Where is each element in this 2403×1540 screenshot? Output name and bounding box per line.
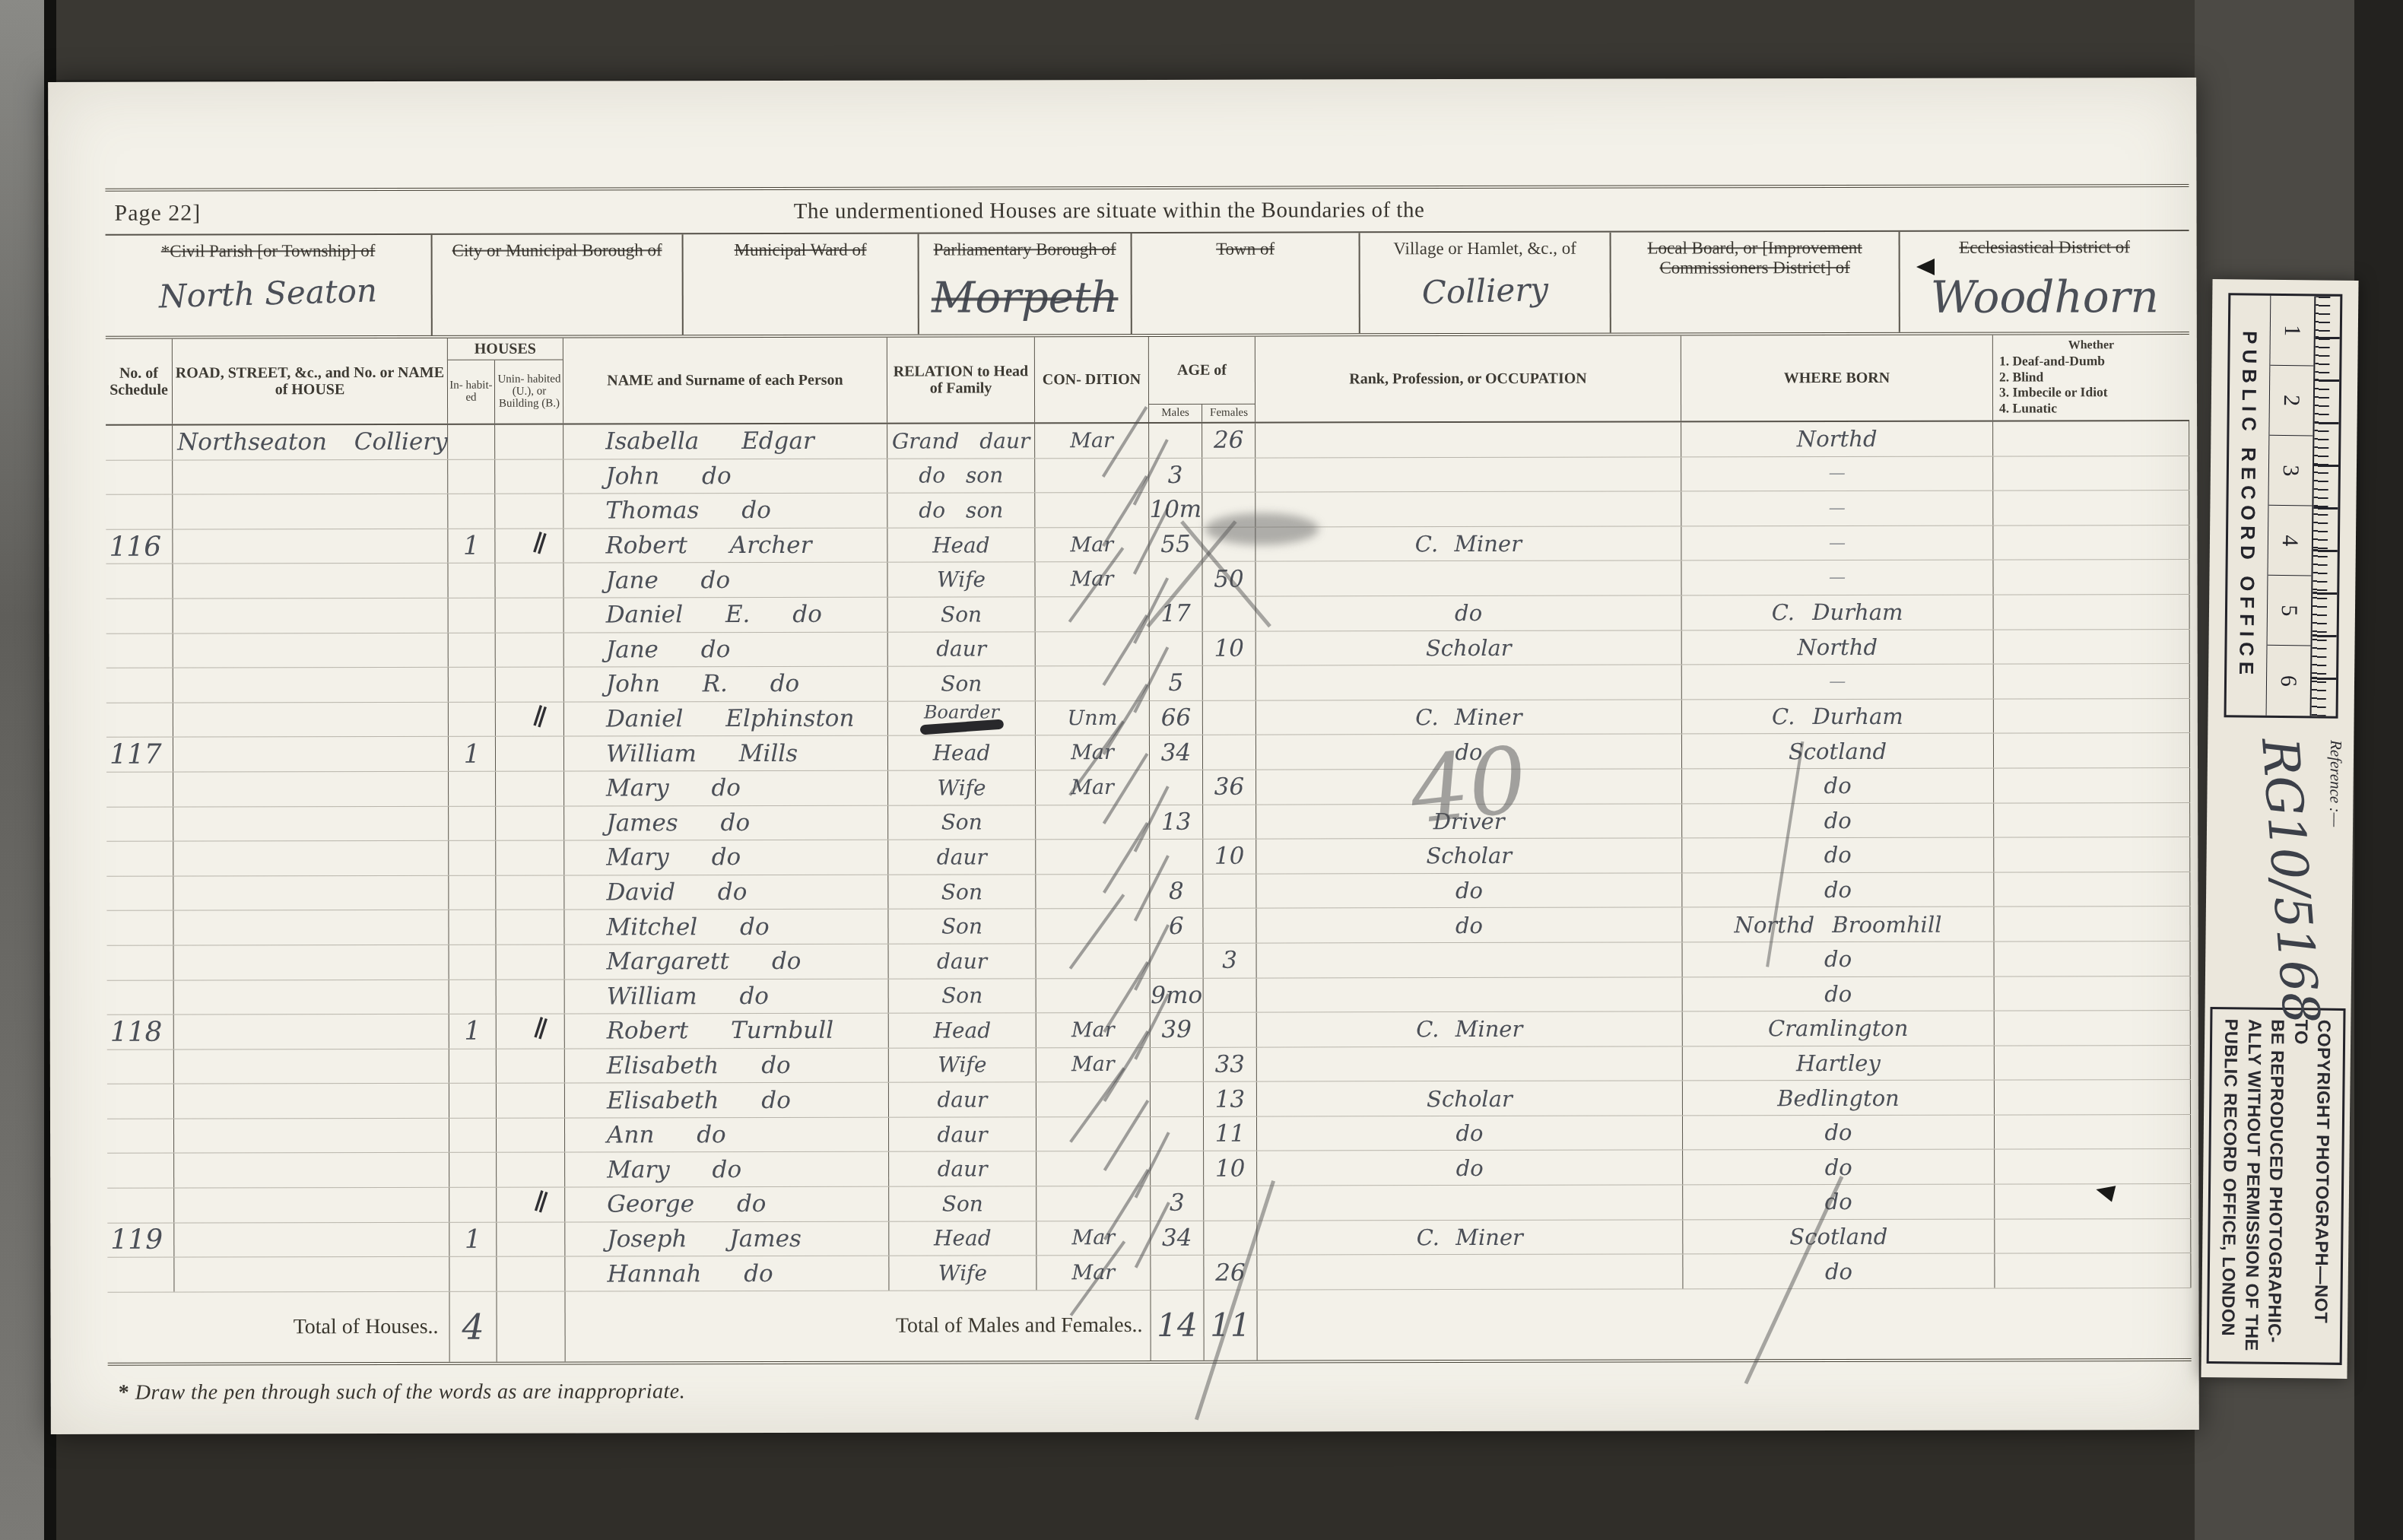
- cell-condition: Mar: [1036, 770, 1150, 805]
- cell-name: Elisabeth do: [565, 1048, 889, 1082]
- table-row: James doSon13Driverdo: [106, 803, 2190, 842]
- col-header-disability-item: 3. Imbecile or Idiot: [1999, 385, 2108, 401]
- total-houses-value: 4: [449, 1292, 497, 1362]
- cell-uninh: [497, 980, 565, 1014]
- age_m-text: 3: [1168, 462, 1183, 489]
- name-text: Hannah do: [607, 1260, 773, 1288]
- cell-born: do: [1682, 872, 1994, 907]
- cell-schedule: [107, 1154, 174, 1188]
- cell-condition: [1036, 944, 1151, 978]
- total-houses-label: Total of Houses..: [107, 1292, 449, 1363]
- pro-strip-content: 123456 PUBLIC RECORD OFFICE Reference :—…: [2201, 279, 2358, 1379]
- cell-schedule: [107, 1189, 174, 1223]
- handwritten-value: Woodhorn: [1931, 271, 2159, 323]
- boundary-col-label: *Civil Parish [or Township] of: [106, 241, 431, 262]
- name-text: Robert Turnbull: [607, 1017, 833, 1045]
- ruler-number: 6: [2267, 646, 2311, 716]
- cell-dis: [1995, 1253, 2191, 1288]
- road-text: Northseaton Colliery: [177, 428, 448, 456]
- cell-age_f: [1203, 874, 1256, 908]
- relation-text: Son: [941, 671, 982, 696]
- relation-text: Wife: [938, 1260, 987, 1285]
- copyright-line: PUBLIC RECORD OFFICE, LONDON: [2216, 1019, 2243, 1353]
- cell-relation: Grand daur: [887, 424, 1035, 458]
- cell-name: William do: [565, 979, 889, 1013]
- col-header-males: Males: [1149, 405, 1202, 422]
- relation-text: daur: [937, 844, 987, 869]
- cell-age_m: [1151, 1256, 1204, 1290]
- table-row: Daniel E. doSon17doC. Durham: [106, 595, 2190, 633]
- boundary-col-label: Municipal Ward of: [684, 240, 918, 261]
- cell-occupation: [1257, 1255, 1683, 1290]
- occupation-text: Scholar: [1426, 635, 1512, 661]
- cell-occupation: [1255, 492, 1681, 527]
- cell-relation: Head: [888, 736, 1036, 770]
- cell-schedule: [107, 1258, 174, 1292]
- occupation-text: do: [1455, 878, 1483, 903]
- name-text: Jane do: [605, 567, 730, 594]
- cell-condition: Mar: [1035, 424, 1149, 458]
- cell-occupation: [1257, 1046, 1683, 1081]
- col-header-road: ROAD, STREET, &c., and No. or NAME of HO…: [173, 338, 448, 424]
- cell-condition: Unm: [1036, 701, 1150, 735]
- relation-text: daur: [938, 1157, 988, 1182]
- age_f-text: 33: [1215, 1051, 1246, 1078]
- cell-road: [173, 529, 448, 564]
- cell-age_f: [1203, 666, 1256, 700]
- cell-dis: [1994, 907, 2190, 941]
- occupation-text: C. Miner: [1415, 704, 1522, 730]
- cell-condition: Mar: [1036, 1048, 1151, 1082]
- cell-schedule: 118: [107, 1015, 174, 1049]
- occupation-text: C. Miner: [1417, 1224, 1523, 1250]
- cell-relation: Son: [889, 1186, 1036, 1221]
- cell-uninh: [497, 1222, 565, 1256]
- cell-road: [173, 806, 449, 840]
- cell-dis: [1994, 872, 2190, 907]
- cell-condition: [1036, 631, 1150, 665]
- age_m-text: 55: [1160, 531, 1191, 558]
- table-row: Hannah doWifeMar26do: [107, 1253, 2191, 1292]
- relation-text: Boarder: [924, 705, 999, 722]
- cell-condition: Mar: [1036, 1013, 1151, 1047]
- pro-reference-strip: 123456 PUBLIC RECORD OFFICE Reference :—…: [2201, 279, 2358, 1379]
- cell-uninh: [496, 806, 564, 840]
- cell-occupation: do: [1256, 873, 1682, 908]
- cell-age_m: 13: [1150, 805, 1203, 839]
- cell-age_m: [1150, 840, 1203, 874]
- cell-age_f: [1203, 735, 1256, 770]
- cell-name: Mary do: [564, 840, 888, 875]
- col-header-inhabited: In- habit- ed: [448, 360, 495, 424]
- cell-name: Elisabeth do: [565, 1083, 889, 1117]
- cell-inhabited: [449, 599, 496, 633]
- census-table-body: Northseaton CollieryIsabella EdgarGrand …: [106, 421, 2191, 1293]
- cell-uninh: [495, 425, 563, 459]
- cell-condition: [1036, 1151, 1151, 1186]
- cell-born: do: [1683, 1150, 1995, 1184]
- cell-road: [174, 980, 449, 1014]
- cell-born: Scotland: [1683, 1219, 1995, 1253]
- age_m-text: 13: [1161, 808, 1192, 836]
- cell-age_m: 17: [1150, 597, 1203, 631]
- age_m-text: 10m: [1149, 496, 1201, 523]
- cell-inhabited: [449, 1257, 497, 1291]
- cell-condition: [1036, 1117, 1151, 1151]
- cell-name: Daniel E. do: [564, 598, 888, 632]
- reference-section: Reference :— RG10/5168: [2214, 737, 2345, 989]
- occupation-text: Driver: [1433, 808, 1505, 834]
- table-row: George doSon3do: [107, 1184, 2191, 1223]
- inhabited-text: 1: [463, 531, 480, 561]
- relation-corrected: Boarder: [919, 705, 1003, 732]
- name-text: Mary do: [606, 843, 741, 871]
- cell-occupation: do: [1257, 1116, 1683, 1151]
- photo-top-shadow: [56, 0, 2195, 80]
- cell-uninh: [496, 910, 564, 945]
- cell-age_f: [1202, 493, 1255, 527]
- cell-relation: Wife: [888, 770, 1036, 805]
- cell-inhabited: [449, 980, 497, 1014]
- born-text: —: [1829, 568, 1846, 587]
- cell-occupation: C. Miner: [1257, 1220, 1683, 1255]
- cell-dis: [1995, 976, 2191, 1011]
- cell-born: do: [1683, 942, 1995, 976]
- cell-occupation: Scholar: [1256, 839, 1682, 874]
- born-text: C. Durham: [1772, 599, 1903, 625]
- cell-relation: Son: [888, 875, 1036, 909]
- ruler-ticks: [2310, 296, 2341, 716]
- total-males-females-label: Total of Males and Females..: [565, 1291, 1151, 1362]
- cell-dis: [1995, 941, 2191, 976]
- age_m-text: 9mo: [1151, 982, 1202, 1009]
- cell-age_m: 55: [1149, 528, 1202, 562]
- boundary-col-5: Village or Hamlet, &c., ofColliery: [1360, 233, 1611, 334]
- cell-inhabited: [449, 806, 496, 840]
- cell-inhabited: 1: [449, 1014, 497, 1049]
- cell-condition: [1036, 666, 1150, 700]
- cell-uninh: [497, 1153, 565, 1187]
- boundary-col-4: Town of: [1132, 233, 1360, 334]
- cell-schedule: [106, 495, 173, 529]
- pro-office-label: PUBLIC RECORD OFFICE: [2227, 295, 2271, 716]
- age_f-text: 10: [1215, 1154, 1246, 1182]
- cell-relation: Son: [888, 666, 1036, 700]
- cell-road: [173, 459, 448, 494]
- table-row: Mitchel doSon6doNorthd Broomhill: [106, 907, 2190, 945]
- age_f-text: 3: [1222, 947, 1237, 974]
- cell-schedule: [107, 946, 174, 980]
- cell-uninh: [497, 1084, 565, 1118]
- cell-age_f: 26: [1202, 424, 1255, 458]
- name-text: Isabella Edgar: [605, 427, 814, 456]
- age_m-text: 5: [1168, 669, 1183, 697]
- cell-name: John do: [563, 459, 887, 493]
- cell-inhabited: [449, 841, 496, 875]
- cell-dis: [1995, 1046, 2191, 1080]
- inhabited-text: 1: [464, 738, 481, 769]
- cell-uninh: [496, 599, 564, 633]
- name-text: Ann do: [607, 1121, 726, 1148]
- cell-uninh: [497, 1257, 565, 1291]
- boundary-col-6: Local Board, or [Improvement Commissione…: [1611, 232, 1900, 333]
- name-text: Daniel Elphinston: [606, 705, 855, 733]
- cell-occupation: do: [1256, 595, 1682, 630]
- cell-born: —: [1682, 665, 1994, 699]
- cell-condition: [1036, 597, 1150, 631]
- age_f-text: 26: [1215, 1259, 1246, 1286]
- boundary-col-label: Parliamentary Borough of: [919, 240, 1131, 260]
- photo-bottom-shadow: [56, 1430, 2195, 1540]
- cell-name: George do: [565, 1187, 889, 1221]
- cell-age_f: [1202, 527, 1255, 561]
- ruler-number: 5: [2268, 576, 2312, 646]
- cell-name: Hannah do: [565, 1256, 889, 1291]
- col-header-age-sub: Males Females: [1149, 404, 1255, 422]
- table-row: 1161Robert ArcherHeadMar55C. Miner—: [106, 526, 2189, 564]
- arrow-mark-icon: [1916, 259, 1935, 275]
- ruler-numbers: 123456: [2267, 296, 2315, 716]
- cell-dis: [1993, 526, 2189, 560]
- cell-born: —: [1681, 456, 1993, 491]
- born-text: Cramlington: [1768, 1015, 1908, 1041]
- born-text: Bedlington: [1777, 1084, 1900, 1110]
- cell-road: [174, 1257, 449, 1291]
- born-text: do: [1824, 1119, 1852, 1145]
- cell-dis: [1995, 1184, 2191, 1218]
- born-text: Northd: [1797, 426, 1878, 452]
- cell-uninh: [496, 771, 564, 805]
- cell-road: [174, 1188, 449, 1222]
- cell-occupation: Driver: [1256, 804, 1682, 839]
- cell-condition: [1036, 1082, 1151, 1116]
- cell-dis: [1995, 1011, 2191, 1045]
- cell-age_f: 3: [1204, 944, 1257, 978]
- ruler-number: 4: [2268, 506, 2312, 576]
- photo-left-band: [0, 0, 44, 1540]
- cell-age_m: [1151, 1117, 1204, 1151]
- cell-occupation: [1257, 942, 1683, 977]
- cell-born: Northd: [1682, 630, 1994, 664]
- cell-born: Scotland: [1682, 734, 1994, 768]
- relation-text: Son: [941, 602, 982, 627]
- cell-dis: [1994, 768, 2190, 802]
- cell-inhabited: [449, 633, 496, 667]
- boundary-col-value: Morpeth: [919, 273, 1131, 323]
- cell-born: do: [1682, 803, 1994, 837]
- cell-inhabited: [449, 702, 496, 736]
- reference-label: Reference :—: [2325, 740, 2345, 827]
- cell-dis: [1994, 630, 2190, 664]
- cell-schedule: [106, 703, 173, 737]
- cell-schedule: [106, 842, 173, 876]
- pro-ruler: 123456 PUBLIC RECORD OFFICE: [2224, 293, 2343, 719]
- relation-text: daur: [937, 1122, 987, 1147]
- cell-inhabited: 1: [449, 737, 496, 771]
- ruler-number: 2: [2269, 366, 2313, 437]
- table-row: 1191Joseph JamesHeadMar34C. MinerScotlan…: [107, 1219, 2191, 1258]
- table-row: Northseaton CollieryIsabella EdgarGrand …: [106, 421, 2189, 460]
- relation-text: daur: [937, 948, 987, 973]
- cell-age_f: 10: [1204, 1151, 1257, 1186]
- cell-name: Daniel Elphinston: [564, 701, 888, 735]
- cell-occupation: C. Miner: [1257, 1012, 1683, 1047]
- cell-occupation: Scholar: [1256, 630, 1682, 665]
- cell-name: Mary do: [564, 771, 888, 805]
- relation-text: daur: [937, 1087, 987, 1112]
- name-text: James do: [606, 809, 750, 837]
- cell-name: Isabella Edgar: [563, 424, 887, 459]
- cell-relation: daur: [888, 840, 1036, 874]
- cell-born: do: [1683, 976, 1995, 1011]
- age_m-text: 17: [1160, 600, 1191, 627]
- condition-text: Unm: [1067, 706, 1117, 730]
- cell-condition: [1036, 909, 1150, 943]
- cell-schedule: [107, 1084, 174, 1119]
- cell-condition: [1035, 493, 1149, 527]
- name-text: Mary do: [607, 1156, 741, 1183]
- cell-relation: Wife: [887, 563, 1035, 597]
- cell-age_f: [1202, 458, 1255, 492]
- schedule-text: 116: [109, 531, 161, 562]
- cell-age_m: 3: [1149, 458, 1202, 492]
- cell-inhabited: [449, 945, 497, 980]
- cell-born: do: [1683, 1254, 1995, 1288]
- cell-name: Margarett do: [565, 945, 889, 979]
- cell-road: Northseaton Colliery: [173, 425, 448, 459]
- col-header-houses: HOUSES In- habit- ed Unin- habited (U.),…: [448, 338, 563, 424]
- boundary-col-7: Ecclesiastical District ofWoodhorn: [1900, 231, 2189, 332]
- cell-schedule: 116: [106, 529, 173, 564]
- col-header-relation: RELATION to Head of Family: [887, 337, 1035, 422]
- cell-name: David do: [564, 875, 888, 909]
- col-header-born: WHERE BORN: [1681, 335, 1993, 421]
- cell-road: [173, 772, 449, 806]
- col-header-schedule: No. of Schedule: [106, 339, 173, 424]
- table-row: Jane dodaur10ScholarNorthd: [106, 630, 2190, 668]
- cell-name: Ann do: [565, 1118, 889, 1152]
- cell-inhabited: [449, 668, 496, 702]
- cell-age_f: 36: [1203, 770, 1256, 805]
- cell-uninh: [496, 633, 564, 667]
- cell-relation: Head: [889, 1221, 1036, 1256]
- relation-text: Son: [941, 983, 982, 1008]
- cell-uninh: [495, 494, 563, 529]
- born-text: —: [1829, 464, 1846, 483]
- boundary-col-2: Municipal Ward of: [684, 234, 919, 335]
- table-row: Margarett dodaur3do: [107, 941, 2191, 980]
- cell-inhabited: [449, 875, 496, 910]
- cell-schedule: [107, 980, 174, 1014]
- cell-age_m: 5: [1150, 666, 1203, 700]
- name-text: Jane do: [606, 636, 731, 663]
- cell-road: [173, 841, 449, 875]
- cell-uninh: [496, 702, 564, 736]
- photo-canvas: { "page": { "page_label": "Page 22]", "t…: [0, 0, 2403, 1540]
- table-row: John dodo son3—: [106, 456, 2189, 495]
- table-row: Mary doWifeMar36do: [106, 768, 2190, 807]
- occupation-text: do: [1455, 913, 1483, 938]
- occupation-text: C. Miner: [1416, 1016, 1522, 1042]
- copyright-notice: COPYRIGHT PHOTOGRAPH—NOT TOBE REPRODUCED…: [2206, 1007, 2346, 1365]
- cell-occupation: [1257, 977, 1683, 1012]
- cell-inhabited: 1: [449, 1222, 497, 1256]
- cell-relation: do son: [887, 459, 1035, 493]
- relation-text: Son: [941, 913, 982, 938]
- born-text: Scotland: [1789, 738, 1887, 764]
- cell-schedule: [106, 460, 173, 494]
- col-header-name: NAME and Surname of each Person: [563, 338, 887, 424]
- table-row: William doSon9modo: [107, 976, 2191, 1015]
- table-row: Elisabeth dodaur13ScholarBedlington: [107, 1080, 2191, 1119]
- table-row: Elisabeth doWifeMar33Hartley: [107, 1046, 2191, 1084]
- relation-text: Head: [932, 532, 990, 557]
- name-text: Mitchel do: [606, 913, 769, 941]
- cell-born: do: [1683, 1185, 1995, 1219]
- boundary-col-label: Ecclesiastical District of: [1900, 237, 2189, 258]
- age_f-text: 10: [1214, 843, 1245, 870]
- cell-dis: [1995, 1080, 2191, 1114]
- cell-age_f: 11: [1204, 1117, 1257, 1151]
- cell-dis: [1995, 1150, 2191, 1184]
- cell-relation: daur: [889, 944, 1036, 978]
- table-row: Thomas dodo son10m—: [106, 491, 2189, 529]
- condition-text: Mar: [1071, 567, 1114, 591]
- cell-name: Thomas do: [563, 494, 887, 528]
- col-header-houses-sub: In- habit- ed Unin- habited (U.), or Bui…: [448, 360, 563, 424]
- cell-name: Mary do: [565, 1152, 889, 1186]
- condition-text: Mar: [1071, 1018, 1115, 1042]
- cell-inhabited: [449, 1084, 497, 1118]
- cell-occupation: do: [1257, 1151, 1683, 1186]
- name-text: Elisabeth do: [607, 1086, 791, 1114]
- name-text: Robert Archer: [605, 532, 811, 560]
- cell-schedule: [106, 564, 173, 599]
- handwritten-value: Colliery: [1421, 271, 1549, 312]
- age_m-text: 8: [1169, 878, 1184, 905]
- name-text: John R. do: [606, 670, 800, 698]
- cell-name: Jane do: [563, 563, 887, 597]
- born-text: Northd Broomhill: [1734, 911, 1941, 938]
- cell-age_f: 33: [1204, 1047, 1257, 1081]
- relation-text: Wife: [938, 1053, 986, 1078]
- name-text: John do: [605, 462, 731, 490]
- cell-age_m: [1149, 424, 1202, 458]
- condition-text: Mar: [1071, 533, 1114, 557]
- cell-schedule: [107, 1049, 174, 1084]
- col-header-occupation: Rank, Profession, or OCCUPATION: [1255, 335, 1681, 421]
- born-text: do: [1824, 946, 1852, 972]
- cell-uninh: [497, 1118, 565, 1152]
- cell-age_m: 10m: [1149, 493, 1202, 527]
- cell-condition: Mar: [1035, 562, 1149, 596]
- occupation-text: do: [1455, 600, 1482, 626]
- condition-text: Mar: [1071, 741, 1114, 764]
- cell-occupation: Scholar: [1257, 1081, 1683, 1116]
- form-footnote: * Draw the pen through such of the words…: [119, 1376, 2192, 1405]
- age_m-text: 39: [1161, 1016, 1192, 1043]
- condition-text: Mar: [1071, 1053, 1115, 1077]
- cell-age_f: 50: [1202, 562, 1255, 596]
- total-males-value: 14: [1151, 1291, 1204, 1361]
- cell-schedule: [106, 668, 173, 703]
- schedule-text: 119: [110, 1224, 163, 1256]
- name-text: Margarett do: [607, 948, 802, 976]
- born-text: Northd: [1797, 634, 1878, 660]
- cell-road: [174, 1014, 449, 1049]
- cell-inhabited: 1: [448, 529, 495, 564]
- cell-born: C. Durham: [1682, 595, 1994, 630]
